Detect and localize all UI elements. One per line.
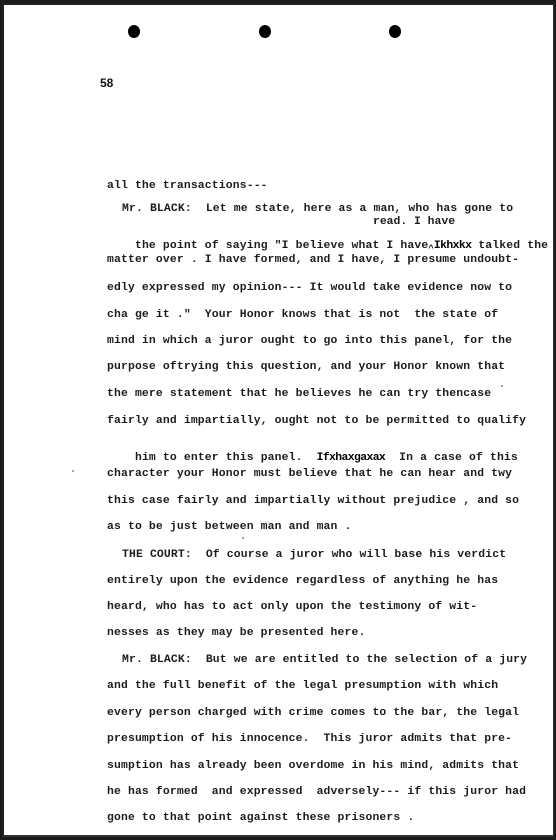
text-line-6: cha ge it ." Your Honor knows that is no…	[107, 310, 498, 321]
text-line-16: entirely upon the evidence regardless of…	[107, 576, 498, 587]
punch-hole-center	[259, 25, 271, 38]
text-line-20: and the full benefit of the legal presum…	[107, 681, 498, 692]
text-line-2: Mr. BLACK: Let me state, here as a man, …	[122, 204, 513, 215]
text-line-3-after: talked the	[471, 240, 548, 252]
text-line-3-before: the point of saying "I believe what I ha…	[135, 240, 428, 252]
page-number: 58	[100, 76, 113, 90]
text-line-7: mind in which a juror ought to go into t…	[107, 336, 512, 347]
text-line-23: sumption has already been overdome in hi…	[107, 761, 519, 772]
text-line-11-before: him to enter this panel.	[135, 452, 317, 464]
text-line-21: every person charged with crime comes to…	[107, 708, 519, 719]
text-line-14: as to be just between man and man .	[107, 522, 352, 533]
text-line-4: matter over . I have formed, and I have,…	[107, 255, 519, 266]
text-line-12: character your Honor must believe that h…	[107, 469, 512, 480]
punch-hole-left	[128, 25, 140, 38]
scan-speck	[242, 537, 244, 539]
text-line-18: nesses as they may be presented here.	[107, 628, 365, 639]
text-line-1: all the transactions---	[107, 181, 268, 192]
text-line-15: THE COURT: Of course a juror who will ba…	[122, 550, 506, 561]
punch-hole-right	[389, 25, 401, 38]
scan-speck	[501, 385, 503, 387]
struck-out-text: Ikhxkx	[434, 240, 471, 252]
text-line-10: fairly and impartially, ought not to be …	[107, 416, 526, 427]
text-line-22: presumption of his innocence. This juror…	[107, 734, 512, 745]
struck-out-text-2: Ifxhaxgaxax	[317, 452, 386, 464]
text-line-11-after: In a case of this	[385, 452, 518, 464]
text-line-25: gone to that point against these prisone…	[107, 813, 414, 824]
scan-speck	[72, 470, 74, 472]
text-line-5: edly expressed my opinion--- It would ta…	[107, 283, 512, 294]
document-page: 58 all the transactions--- Mr. BLACK: Le…	[2, 3, 554, 837]
interlinear-insertion: read. I have	[373, 217, 455, 228]
text-line-17: heard, who has to act only upon the test…	[107, 602, 477, 613]
text-line-9: the mere statement that he believes he c…	[107, 389, 491, 400]
text-line-19: Mr. BLACK: But we are entitled to the se…	[122, 655, 527, 666]
text-line-13: this case fairly and impartially without…	[107, 496, 519, 507]
text-line-8: purpose oftrying this question, and your…	[107, 362, 505, 373]
text-line-24: he has formed and expressed adversely---…	[107, 787, 526, 798]
